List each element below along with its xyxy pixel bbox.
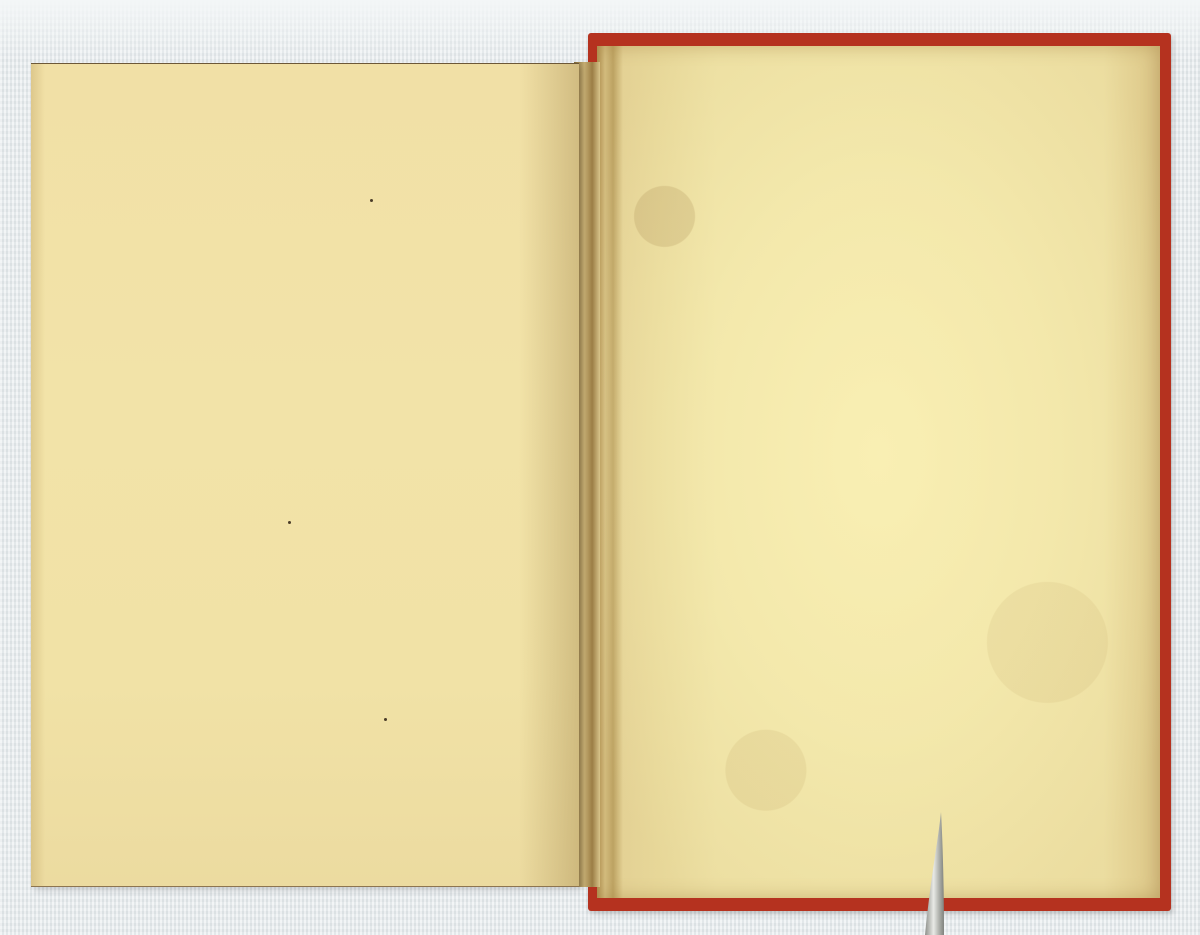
metal-pointer-icon	[922, 812, 946, 935]
paper-speck	[384, 718, 387, 721]
photo-background	[0, 0, 1200, 935]
right-endpaper	[597, 46, 1160, 898]
left-flyleaf	[31, 63, 579, 887]
paper-speck	[288, 521, 291, 524]
paper-speck	[370, 199, 373, 202]
